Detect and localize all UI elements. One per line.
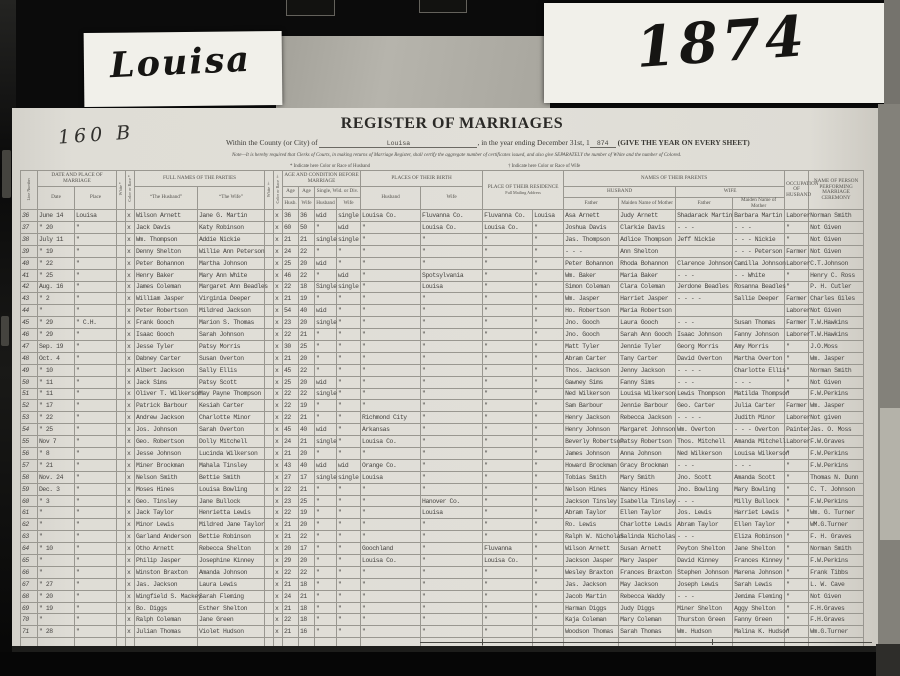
cell-w: Susan Overton bbox=[198, 352, 265, 364]
cell-n: 71 bbox=[21, 626, 38, 638]
cell-c: Not Given bbox=[809, 222, 864, 234]
cell-w: Bettie Robinson bbox=[198, 531, 265, 543]
cell-sw: " bbox=[533, 245, 564, 257]
cell-o: Laborer bbox=[785, 329, 809, 341]
cell-ww bbox=[265, 210, 274, 222]
cell-mh: Judy Diggs bbox=[619, 602, 676, 614]
cell-ah: 21 bbox=[283, 602, 299, 614]
cell-mh: Mary Smith bbox=[619, 471, 676, 483]
cell-rh: x bbox=[126, 376, 135, 388]
col-white-wife: White † bbox=[265, 171, 274, 210]
cell-bw: " bbox=[421, 555, 483, 567]
cell-aw: 22 bbox=[299, 388, 315, 400]
cell-ww bbox=[265, 400, 274, 412]
cell-mh: Jennie Tyler bbox=[619, 340, 676, 352]
cell-n: 36 bbox=[21, 210, 38, 222]
cell-sw: " bbox=[533, 495, 564, 507]
cell-o: " bbox=[785, 495, 809, 507]
cell-bw: " bbox=[421, 317, 483, 329]
col-celebrant: NAME OF PERSON PERFORMING MARRIAGE CEREM… bbox=[809, 171, 864, 210]
cell-ww bbox=[265, 269, 274, 281]
col-occupation: OCCUPATION OF HUSBAND bbox=[785, 171, 809, 210]
cell-ch: " bbox=[315, 329, 337, 341]
cell-sh: " bbox=[483, 412, 533, 424]
cell-rw: x bbox=[274, 590, 283, 602]
cell-h: William Jasper bbox=[135, 293, 198, 305]
table-row: 50" 11"xJack SimsPatsy Scottx2520wid""""… bbox=[21, 376, 864, 388]
cell-rh: x bbox=[126, 459, 135, 471]
cell-mw: Charlotte Ellis bbox=[733, 364, 785, 376]
cell-aw: 17 bbox=[299, 471, 315, 483]
cell-ww bbox=[265, 519, 274, 531]
cell-h: Jack Davis bbox=[135, 222, 198, 234]
cell-cw: " bbox=[337, 293, 361, 305]
cell-ww bbox=[265, 483, 274, 495]
cell-ww bbox=[265, 245, 274, 257]
cell-wh bbox=[117, 436, 126, 448]
cell-c: Norman Smith bbox=[809, 364, 864, 376]
cell-d: " 2 bbox=[38, 293, 75, 305]
cell-aw: 22 bbox=[299, 269, 315, 281]
cell-mw: Aggy Shelton bbox=[733, 602, 785, 614]
cell-sw: " bbox=[533, 412, 564, 424]
cell-fh: Nelson Hines bbox=[564, 483, 619, 495]
cell-h: Patrick Barbour bbox=[135, 400, 198, 412]
cell-mh: Rebecca Waddy bbox=[619, 590, 676, 602]
cell-c: Wm.G.Turner bbox=[809, 626, 864, 638]
cell-w: Kesiah Carter bbox=[198, 400, 265, 412]
cell-ch: " bbox=[315, 626, 337, 638]
cell-c: F.W.Graves bbox=[809, 436, 864, 448]
cell-sh: " bbox=[483, 388, 533, 400]
cell-ch: " bbox=[315, 602, 337, 614]
cell-d: " bbox=[38, 519, 75, 531]
cell-ch: " bbox=[315, 412, 337, 424]
cell-c: F.H.Graves bbox=[809, 614, 864, 626]
cell-mh: Tany Carter bbox=[619, 352, 676, 364]
cell-p: " bbox=[75, 352, 117, 364]
cell-wh bbox=[117, 340, 126, 352]
cell-rh: x bbox=[126, 471, 135, 483]
cell-fw: - - - - bbox=[676, 293, 733, 305]
cell-aw: 40 bbox=[299, 424, 315, 436]
cell-fw: - - - bbox=[676, 269, 733, 281]
cell-w: Jane G. Martin bbox=[198, 210, 265, 222]
cell-n: 62 bbox=[21, 519, 38, 531]
cell-ch: " bbox=[315, 364, 337, 376]
cell-w: Patsy Scott bbox=[198, 376, 265, 388]
cell-ch: " bbox=[315, 566, 337, 578]
cell-o: " bbox=[785, 519, 809, 531]
cell-sh: Louisa Co. bbox=[483, 555, 533, 567]
cell-mw: Jane Shelton bbox=[733, 543, 785, 555]
cell-rw: x bbox=[274, 305, 283, 317]
cell-p: " bbox=[75, 329, 117, 341]
index-tab bbox=[286, 0, 335, 16]
cell-sw: " bbox=[533, 340, 564, 352]
cell-n: 45 bbox=[21, 317, 38, 329]
cell-c: F.W.Perkins bbox=[809, 495, 864, 507]
col-single-wid: Single, Wid. or Div. bbox=[315, 187, 361, 198]
cell-ch: " bbox=[315, 352, 337, 364]
cell-mw: - - - bbox=[733, 222, 785, 234]
cell-n: 46 bbox=[21, 329, 38, 341]
cell-cw: " bbox=[337, 424, 361, 436]
cell-o: Farmer bbox=[785, 245, 809, 257]
cell-sw: " bbox=[533, 602, 564, 614]
cell-rh: x bbox=[126, 590, 135, 602]
cell-ch: wid bbox=[315, 210, 337, 222]
cell-o: " bbox=[785, 471, 809, 483]
cell-h: Peter Robertson bbox=[135, 305, 198, 317]
cell-aw: 18 bbox=[299, 602, 315, 614]
cell-mw: Marena Johnson bbox=[733, 566, 785, 578]
cell-h: Philip Jasper bbox=[135, 555, 198, 567]
county-label-card: Louisa bbox=[84, 31, 283, 107]
cell-w: Addie Nickie bbox=[198, 233, 265, 245]
cell-aw: 22 bbox=[299, 364, 315, 376]
cell-ww bbox=[265, 507, 274, 519]
table-row: 38July 11"xWm. ThompsonAddie Nickiex2121… bbox=[21, 233, 864, 245]
cell-p: " bbox=[75, 245, 117, 257]
cell-ah: 21 bbox=[283, 519, 299, 531]
year-label-card: 1874 bbox=[544, 3, 884, 103]
cell-h: Julian Thomas bbox=[135, 626, 198, 638]
cell-p: " bbox=[75, 602, 117, 614]
table-row: 42Aug. 16"xJames ColemanMargaret Ann Bea… bbox=[21, 281, 864, 293]
cell-fw: David Kinney bbox=[676, 555, 733, 567]
cell-o: " bbox=[785, 448, 809, 460]
cell-p: " bbox=[75, 566, 117, 578]
cell-bh: Louisa Co. bbox=[361, 436, 421, 448]
cell-mw: Sallie Deeper bbox=[733, 293, 785, 305]
cell-ah: 54 bbox=[283, 305, 299, 317]
cell-fw: Jos. Lewis bbox=[676, 507, 733, 519]
cell-fh: Ho. Robertson bbox=[564, 305, 619, 317]
cell-rw: x bbox=[274, 257, 283, 269]
cell-ch: " bbox=[315, 269, 337, 281]
cell-ah: 24 bbox=[283, 436, 299, 448]
cell-ww bbox=[265, 233, 274, 245]
col-parents-wife: WIFE bbox=[676, 187, 785, 198]
cell-ch: " bbox=[315, 293, 337, 305]
cell-fh: Woodson Thomas bbox=[564, 626, 619, 638]
cell-d: " 19 bbox=[38, 245, 75, 257]
cell-wh bbox=[117, 543, 126, 555]
cell-fh: Peter Bohannon bbox=[564, 257, 619, 269]
cell-mh: Ellen Taylor bbox=[619, 507, 676, 519]
table-row: 71" 28"xJulian ThomasViolet Hudsonx2116"… bbox=[21, 626, 864, 638]
cell-rw: x bbox=[274, 578, 283, 590]
cell-fh: Jacob Martin bbox=[564, 590, 619, 602]
cell-rw: x bbox=[274, 388, 283, 400]
cell-ch: " bbox=[315, 555, 337, 567]
cell-ch: single bbox=[315, 317, 337, 329]
cell-rw: x bbox=[274, 317, 283, 329]
cell-h: Jesse Johnson bbox=[135, 448, 198, 460]
cell-sh: " bbox=[483, 281, 533, 293]
cell-cw: " bbox=[337, 578, 361, 590]
cell-w: Josephine Kinney bbox=[198, 555, 265, 567]
cell-fh: Kaja Coleman bbox=[564, 614, 619, 626]
cell-bw: Spotsylvania bbox=[421, 269, 483, 281]
book-edge-gray bbox=[276, 36, 550, 108]
cell-mh: Nancy Hines bbox=[619, 483, 676, 495]
cell-rw: x bbox=[274, 281, 283, 293]
cell-mw: Rosanna Beadles bbox=[733, 281, 785, 293]
cell-bh: " bbox=[361, 495, 421, 507]
cell-bw: Fluvanna Co. bbox=[421, 210, 483, 222]
cell-ah: 36 bbox=[283, 210, 299, 222]
cell-mw: - - - Overton bbox=[733, 424, 785, 436]
cell-bh: Arkansas bbox=[361, 424, 421, 436]
register-page: 160 B REGISTER OF MARRIAGES Within the C… bbox=[12, 108, 878, 650]
col-age-h: Age bbox=[283, 187, 299, 198]
cell-wh bbox=[117, 222, 126, 234]
cell-sw: " bbox=[533, 566, 564, 578]
cell-fw: Abram Taylor bbox=[676, 519, 733, 531]
cell-p: " bbox=[75, 233, 117, 245]
cell-ah: 22 bbox=[283, 400, 299, 412]
cell-p: " bbox=[75, 364, 117, 376]
cell-mw: Julia Carter bbox=[733, 400, 785, 412]
table-row: 43" 2"xWilliam JasperVirginia Deeperx211… bbox=[21, 293, 864, 305]
cell-ah: 60 bbox=[283, 222, 299, 234]
cell-n: 39 bbox=[21, 245, 38, 257]
cell-wh bbox=[117, 590, 126, 602]
col-husband-name: “The Husband” bbox=[135, 187, 198, 210]
cell-rh: x bbox=[126, 531, 135, 543]
cell-aw: 19 bbox=[299, 507, 315, 519]
cell-cw: " bbox=[337, 305, 361, 317]
cell-sw: " bbox=[533, 305, 564, 317]
cell-aw: 21 bbox=[299, 483, 315, 495]
cell-ww bbox=[265, 424, 274, 436]
register-table: Line Number DATE AND PLACE OF MARRIAGE W… bbox=[20, 170, 864, 662]
cell-mh: Margaret Johnson bbox=[619, 424, 676, 436]
cell-rh: x bbox=[126, 626, 135, 638]
cell-p: " bbox=[75, 614, 117, 626]
table-row: 36June 14LouisaxWilson ArnettJane G. Mar… bbox=[21, 210, 864, 222]
cell-fh: Abram Taylor bbox=[564, 507, 619, 519]
cell-aw: 22 bbox=[299, 245, 315, 257]
cell-bw: " bbox=[421, 293, 483, 305]
cell-bw: " bbox=[421, 448, 483, 460]
county-value: Louisa bbox=[319, 140, 477, 148]
cell-w: Violet Hudson bbox=[198, 626, 265, 638]
cell-p: " bbox=[75, 340, 117, 352]
cell-ah: 30 bbox=[283, 340, 299, 352]
cell-h: Minor Lewis bbox=[135, 519, 198, 531]
cell-mw: - - - bbox=[733, 459, 785, 471]
cell-n: 70 bbox=[21, 614, 38, 626]
cell-cw: " bbox=[337, 364, 361, 376]
cell-mh: Clarkie Davis bbox=[619, 222, 676, 234]
cell-ww bbox=[265, 614, 274, 626]
cell-cw: wid bbox=[337, 222, 361, 234]
cell-bh: Goochland bbox=[361, 543, 421, 555]
cell-d: " bbox=[38, 305, 75, 317]
cell-w: May Payne Thompson bbox=[198, 388, 265, 400]
cell-c: Frank Tibbs bbox=[809, 566, 864, 578]
cell-sw: " bbox=[533, 578, 564, 590]
cell-sh: " bbox=[483, 471, 533, 483]
cell-cw: " bbox=[337, 602, 361, 614]
cell-mh: Salinda Nicholas bbox=[619, 531, 676, 543]
cell-aw: 40 bbox=[299, 305, 315, 317]
cell-aw: 36 bbox=[299, 210, 315, 222]
cell-rw: x bbox=[274, 424, 283, 436]
col-wife-name: “The Wife” bbox=[198, 187, 265, 210]
cell-wh bbox=[117, 293, 126, 305]
cell-p: " bbox=[75, 459, 117, 471]
cell-ah: 21 bbox=[283, 352, 299, 364]
cell-h: Miner Brockman bbox=[135, 459, 198, 471]
cell-mh: Louisa Wilkerson bbox=[619, 388, 676, 400]
cell-sw: Louisa bbox=[533, 210, 564, 222]
cell-wh bbox=[117, 566, 126, 578]
cell-ah: 45 bbox=[283, 424, 299, 436]
cell-fw: Stephen Johnson bbox=[676, 566, 733, 578]
cell-sw: " bbox=[533, 400, 564, 412]
cell-bh: " bbox=[361, 340, 421, 352]
film-edge-bottom bbox=[0, 652, 900, 676]
col-cond-husband: Husband bbox=[315, 198, 337, 210]
cell-bw: Hanover Co. bbox=[421, 495, 483, 507]
table-row: 59Dec. 3"xMoses HinesLouisa Bowlingx2221… bbox=[21, 483, 864, 495]
cell-o: " bbox=[785, 543, 809, 555]
cell-w: Mildred Jane Taylor bbox=[198, 519, 265, 531]
cell-p: " bbox=[75, 578, 117, 590]
cell-mw: Camilla Johnson bbox=[733, 257, 785, 269]
table-row: 54" 25"xJos. JohnsonSarah Overtonx4540wi… bbox=[21, 424, 864, 436]
cell-d: July 11 bbox=[38, 233, 75, 245]
crease-tick bbox=[482, 639, 483, 645]
cell-ww bbox=[265, 412, 274, 424]
cell-p: " bbox=[75, 257, 117, 269]
cell-bw: " bbox=[421, 626, 483, 638]
cell-mh: Maria Baker bbox=[619, 269, 676, 281]
cell-ah: 43 bbox=[283, 459, 299, 471]
cell-bw: " bbox=[421, 257, 483, 269]
cell-rw: x bbox=[274, 602, 283, 614]
cell-rh: x bbox=[126, 483, 135, 495]
cell-p: " bbox=[75, 376, 117, 388]
cell-sh: " bbox=[483, 626, 533, 638]
cell-sw: " bbox=[533, 519, 564, 531]
cell-wh bbox=[117, 400, 126, 412]
table-row: 60" 3"xGeo. TinsleyJane Bullockx2325"""H… bbox=[21, 495, 864, 507]
cell-cw: " bbox=[337, 531, 361, 543]
cell-bw: Louisa bbox=[421, 507, 483, 519]
cell-cw: " bbox=[337, 317, 361, 329]
cell-rw: x bbox=[274, 471, 283, 483]
cell-d: " 22 bbox=[38, 412, 75, 424]
cell-aw: 25 bbox=[299, 495, 315, 507]
cell-mh: Sarah Ann Gooch bbox=[619, 329, 676, 341]
cell-bh: Orange Co. bbox=[361, 459, 421, 471]
cell-rw: x bbox=[274, 352, 283, 364]
cell-fw bbox=[676, 305, 733, 317]
cell-n: 69 bbox=[21, 602, 38, 614]
cell-fh: Abram Carter bbox=[564, 352, 619, 364]
cell-h: Jas. Jackson bbox=[135, 578, 198, 590]
cell-wh bbox=[117, 245, 126, 257]
cell-sw: " bbox=[533, 459, 564, 471]
index-tab bbox=[419, 0, 467, 13]
cell-sh: " bbox=[483, 578, 533, 590]
cell-sw: " bbox=[533, 222, 564, 234]
table-row: 70""xRalph ColemanJane Greenx2218""""""K… bbox=[21, 614, 864, 626]
cell-n: 66 bbox=[21, 566, 38, 578]
table-row: 66""xWinston BraxtonAmanda Johnsonx2222"… bbox=[21, 566, 864, 578]
cell-w: Henrietta Lewis bbox=[198, 507, 265, 519]
cell-ah: 20 bbox=[283, 543, 299, 555]
cell-wh bbox=[117, 233, 126, 245]
cell-bw: Louisa bbox=[421, 281, 483, 293]
cell-mh: Jennie Barbour bbox=[619, 400, 676, 412]
cell-o: Farmer bbox=[785, 293, 809, 305]
cell-fw bbox=[676, 245, 733, 257]
cell-p: " bbox=[75, 424, 117, 436]
cell-sh: " bbox=[483, 257, 533, 269]
footnote-wife: † Indicate here Color or Race of Wife bbox=[508, 164, 580, 169]
cell-d: June 14 bbox=[38, 210, 75, 222]
cell-ww bbox=[265, 257, 274, 269]
cell-rh: x bbox=[126, 578, 135, 590]
table-row: 62""xMinor LewisMildred Jane Taylorx2120… bbox=[21, 519, 864, 531]
cell-w: Martha Johnson bbox=[198, 257, 265, 269]
col-white-husband: White * bbox=[117, 171, 126, 210]
cell-fw: - - - bbox=[676, 222, 733, 234]
cell-c: Not Given bbox=[809, 305, 864, 317]
cell-sh: " bbox=[483, 436, 533, 448]
year-label-text: 1874 bbox=[634, 3, 810, 81]
cell-h: Moses Hines bbox=[135, 483, 198, 495]
cell-p: " bbox=[75, 531, 117, 543]
col-birth-wife: Wife bbox=[421, 187, 483, 210]
cell-fh: Jno. Gooch bbox=[564, 329, 619, 341]
cell-n: 42 bbox=[21, 281, 38, 293]
cell-mw: Jemima Fleming bbox=[733, 590, 785, 602]
cell-w: Katy Robinson bbox=[198, 222, 265, 234]
cell-p: " bbox=[75, 400, 117, 412]
cell-fw: Wm. Overton bbox=[676, 424, 733, 436]
cell-bw: " bbox=[421, 352, 483, 364]
cell-mw: Susan Thomas bbox=[733, 317, 785, 329]
film-edge-right-top bbox=[884, 0, 900, 104]
cell-o: " bbox=[785, 281, 809, 293]
cell-rw: x bbox=[274, 459, 283, 471]
cell-wh bbox=[117, 448, 126, 460]
cell-bw: " bbox=[421, 329, 483, 341]
cell-c: Wm. Jasper bbox=[809, 352, 864, 364]
cell-ah: 21 bbox=[283, 626, 299, 638]
cell-c: Thomas N. Dunn bbox=[809, 471, 864, 483]
cell-ah: 21 bbox=[283, 233, 299, 245]
cell-cw: " bbox=[337, 495, 361, 507]
cell-n: 56 bbox=[21, 448, 38, 460]
cell-ah: 24 bbox=[283, 590, 299, 602]
cell-rw: x bbox=[274, 210, 283, 222]
cell-o: Painter bbox=[785, 424, 809, 436]
cell-p: " bbox=[75, 305, 117, 317]
table-row: 52" 17"xPatrick BarbourKesiah Carterx221… bbox=[21, 400, 864, 412]
cell-sh: Fluvanna Co. bbox=[483, 210, 533, 222]
cell-aw: 20 bbox=[299, 448, 315, 460]
cell-o: " bbox=[785, 531, 809, 543]
cell-cw: " bbox=[337, 340, 361, 352]
